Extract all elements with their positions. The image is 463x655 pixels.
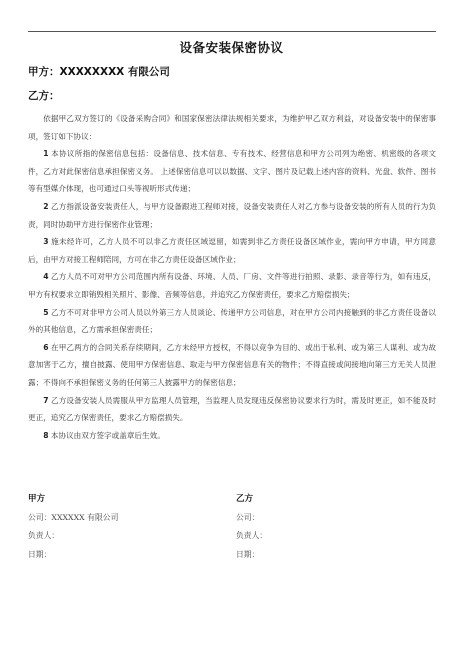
party-a-signature-block: 甲方 公司：XXXXXX 有限公司 负责人： 日期： <box>28 490 118 564</box>
party-b-signature-block: 乙方 公司： 负责人： 日期： <box>236 490 267 564</box>
clause-text: 乙方不可对非甲方公司人员以外第三方人员谈论、传递甲方公司信息，对在甲方公司内接触… <box>28 308 436 335</box>
party-a-date: 日期： <box>28 546 118 565</box>
clause-number: 2 <box>43 202 48 211</box>
clause-text: 本协议所指的保密信息包括：设备信息、技术信息、专有技术、经营信息和甲方公司列为绝… <box>28 149 436 193</box>
clause-5: 5 乙方不可对非甲方公司人员以外第三方人员谈论、传递甲方公司信息，对在甲方公司内… <box>28 304 436 339</box>
party-b-date: 日期： <box>236 546 267 565</box>
party-b-company: 公司： <box>236 509 267 528</box>
clause-number: 8 <box>43 431 48 440</box>
clause-7: 7 乙方设备安装人员需服从甲方监理人员管理，当监理人员发现违反保密协议要求行为时… <box>28 392 436 427</box>
clause-text: 乙方设备安装人员需服从甲方监理人员管理，当监理人员发现违反保密协议要求行为时，需… <box>28 396 436 423</box>
clause-4: 4 乙方人员不可对甲方公司范围内所有设备、环境、人员、厂房、文件等进行拍照、录影… <box>28 268 436 303</box>
clause-number: 4 <box>43 272 48 281</box>
party-a-heading: 甲方 <box>28 490 118 509</box>
clause-number: 1 <box>43 149 48 158</box>
document-title: 设备安装保密协议 <box>0 38 463 56</box>
party-a-person: 负责人： <box>28 527 118 546</box>
clause-number: 3 <box>43 237 48 246</box>
clause-text: 施未经许可，乙方人员不可以非乙方责任区域逗留，如需到非乙方责任设备区域作业，需向… <box>28 237 436 264</box>
clause-text: 乙方指派设备安装责任人，与甲方设备跟进工程师对接，设备安装责任人对乙方参与设备安… <box>28 202 436 229</box>
clause-8: 8 本协议由双方签字或盖章后生效。 <box>28 427 436 445</box>
clause-number: 6 <box>43 343 48 352</box>
clause-number: 5 <box>43 308 48 317</box>
header-rule <box>28 31 436 32</box>
agreement-body: 依据甲乙双方签订的《设备采购合同》和国家保密法律法规相关要求，为维护甲乙双方利益… <box>28 110 436 444</box>
clause-3: 3 施未经许可，乙方人员不可以非乙方责任区域逗留，如需到非乙方责任设备区域作业，… <box>28 233 436 268</box>
clause-text: 在甲乙两方的合同关系存续期间，乙方未经甲方授权，不得以竞争为目的、或出于私利、或… <box>28 343 436 387</box>
clause-text: 本协议由双方签字或盖章后生效。 <box>51 431 165 440</box>
intro-paragraph: 依据甲乙双方签订的《设备采购合同》和国家保密法律法规相关要求，为维护甲乙双方利益… <box>28 110 436 145</box>
party-b-line: 乙方： <box>28 88 60 103</box>
party-b-person: 负责人： <box>236 527 267 546</box>
clause-text: 乙方人员不可对甲方公司范围内所有设备、环境、人员、厂房、文件等进行拍照、录影、录… <box>28 272 436 299</box>
party-b-heading: 乙方 <box>236 490 267 509</box>
party-a-company: 公司：XXXXXX 有限公司 <box>28 509 118 528</box>
clause-number: 7 <box>43 396 48 405</box>
clause-1: 1 本协议所指的保密信息包括：设备信息、技术信息、专有技术、经营信息和甲方公司列… <box>28 145 436 198</box>
clause-2: 2 乙方指派设备安装责任人，与甲方设备跟进工程师对接，设备安装责任人对乙方参与设… <box>28 198 436 233</box>
clause-6: 6 在甲乙两方的合同关系存续期间，乙方未经甲方授权，不得以竞争为目的、或出于私利… <box>28 339 436 392</box>
party-a-line: 甲方：XXXXXXXX 有限公司 <box>28 64 170 79</box>
document-page: 设备安装保密协议 甲方：XXXXXXXX 有限公司 乙方： 依据甲乙双方签订的《… <box>0 0 463 655</box>
